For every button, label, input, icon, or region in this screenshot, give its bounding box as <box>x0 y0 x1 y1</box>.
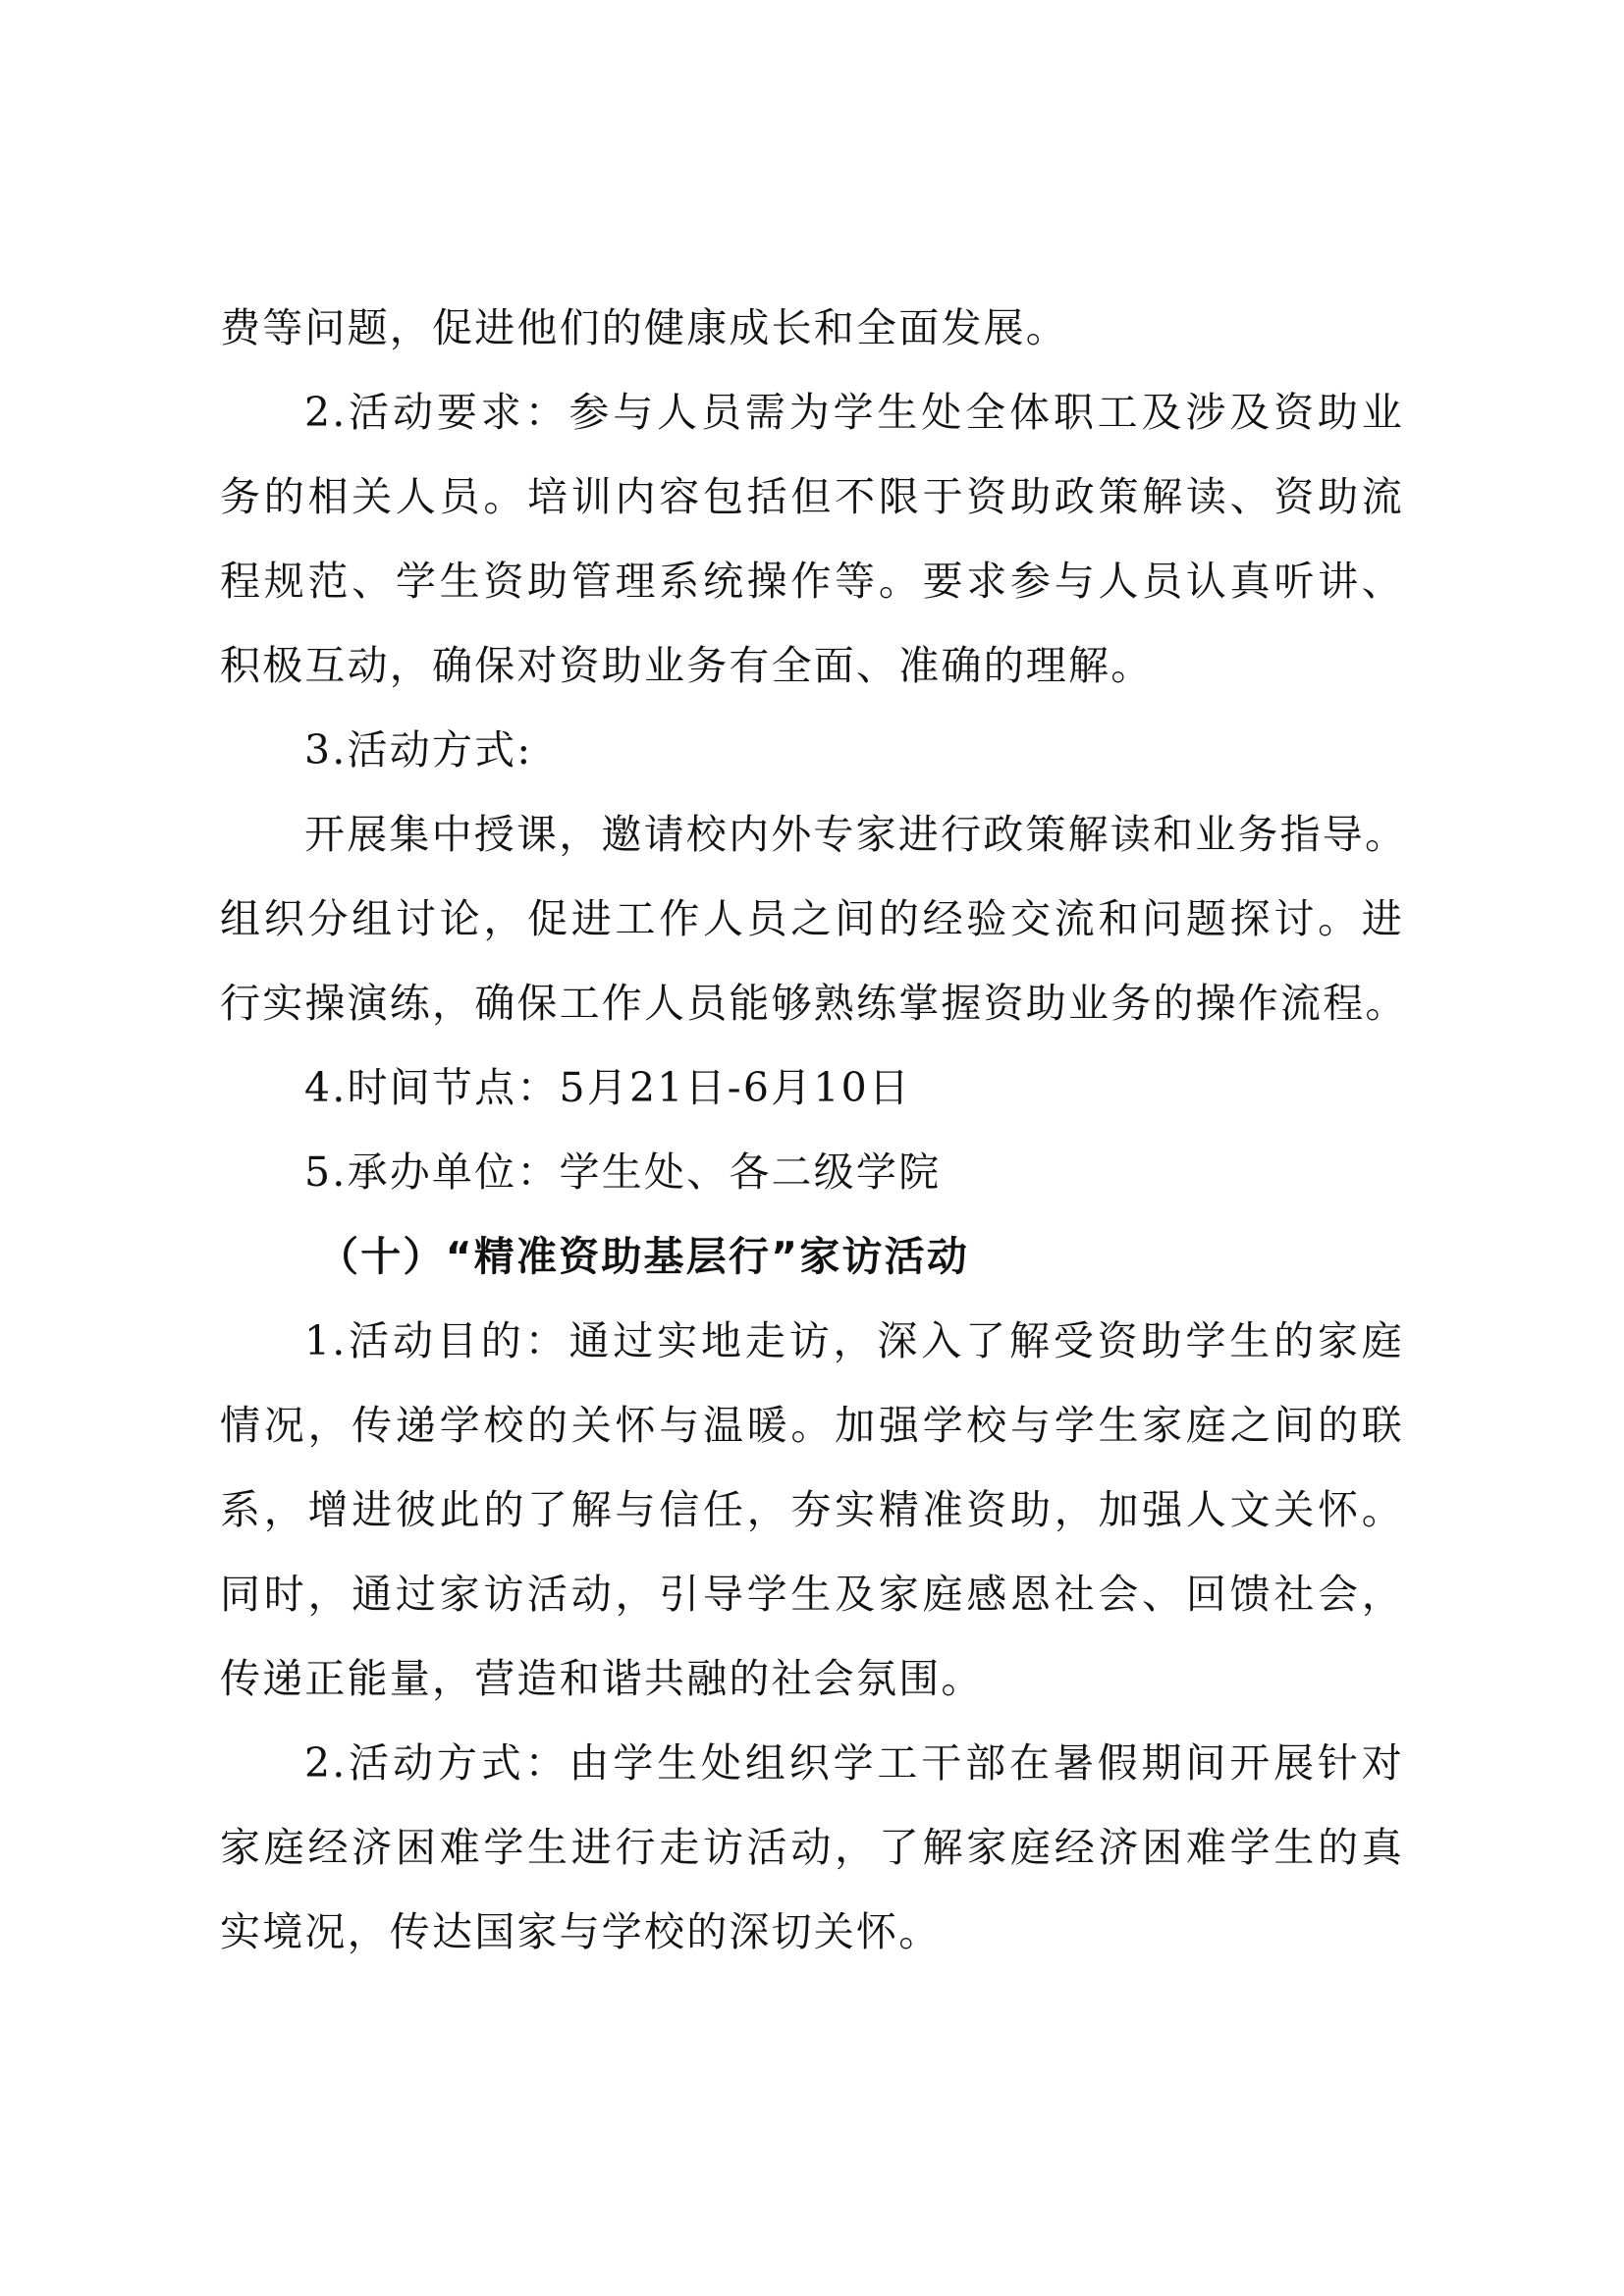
section-heading-10: （十）“精准资助基层行”家访活动 <box>318 1227 969 1286</box>
paragraph-line: 组织分组讨论，促进工作人员之间的经验交流和问题探讨。进 <box>220 889 1404 948</box>
paragraph-line: 家庭经济困难学生进行走访活动，了解家庭经济困难学生的真 <box>220 1818 1404 1877</box>
paragraph-line: 程规范、学生资助管理系统操作等。要求参与人员认真听讲、 <box>220 552 1404 611</box>
item-4-timeline-line: 4.时间节点：5月21日-6月10日 <box>304 1058 911 1117</box>
item-2-requirements-line: 2.活动要求：参与人员需为学生处全体职工及涉及资助业 <box>304 383 1404 442</box>
item-2-method-line: 2.活动方式：由学生处组织学工干部在暑假期间开展针对 <box>304 1734 1404 1792</box>
paragraph-line: 积极互动，确保对资助业务有全面、准确的理解。 <box>220 636 1153 695</box>
item-5-organizer-line: 5.承办单位：学生处、各二级学院 <box>304 1143 941 1201</box>
paragraph-line: 行实操演练，确保工作人员能够熟练掌握资助业务的操作流程。 <box>220 974 1404 1033</box>
paragraph-line: 实境况，传达国家与学校的深切关怀。 <box>220 1902 941 1961</box>
paragraph-line: 同时，通过家访活动，引导学生及家庭感恩社会、回馈社会， <box>220 1565 1404 1624</box>
paragraph-line: 情况，传递学校的关怀与温暖。加强学校与学生家庭之间的联 <box>220 1396 1404 1455</box>
paragraph-line: 开展集中授课，邀请校内外专家进行政策解读和业务指导。 <box>304 805 1404 864</box>
paragraph-line: 费等问题，促进他们的健康成长和全面发展。 <box>220 298 1068 357</box>
paragraph-line: 传递正能量，营造和谐共融的社会氛围。 <box>220 1649 984 1708</box>
item-1-purpose-line: 1.活动目的：通过实地走访，深入了解受资助学生的家庭 <box>304 1311 1404 1370</box>
item-3-method-line: 3.活动方式: <box>304 721 532 779</box>
paragraph-line: 系，增进彼此的了解与信任，夯实精准资助，加强人文关怀。 <box>220 1480 1404 1539</box>
paragraph-line: 务的相关人员。培训内容包括但不限于资助政策解读、资助流 <box>220 467 1404 526</box>
